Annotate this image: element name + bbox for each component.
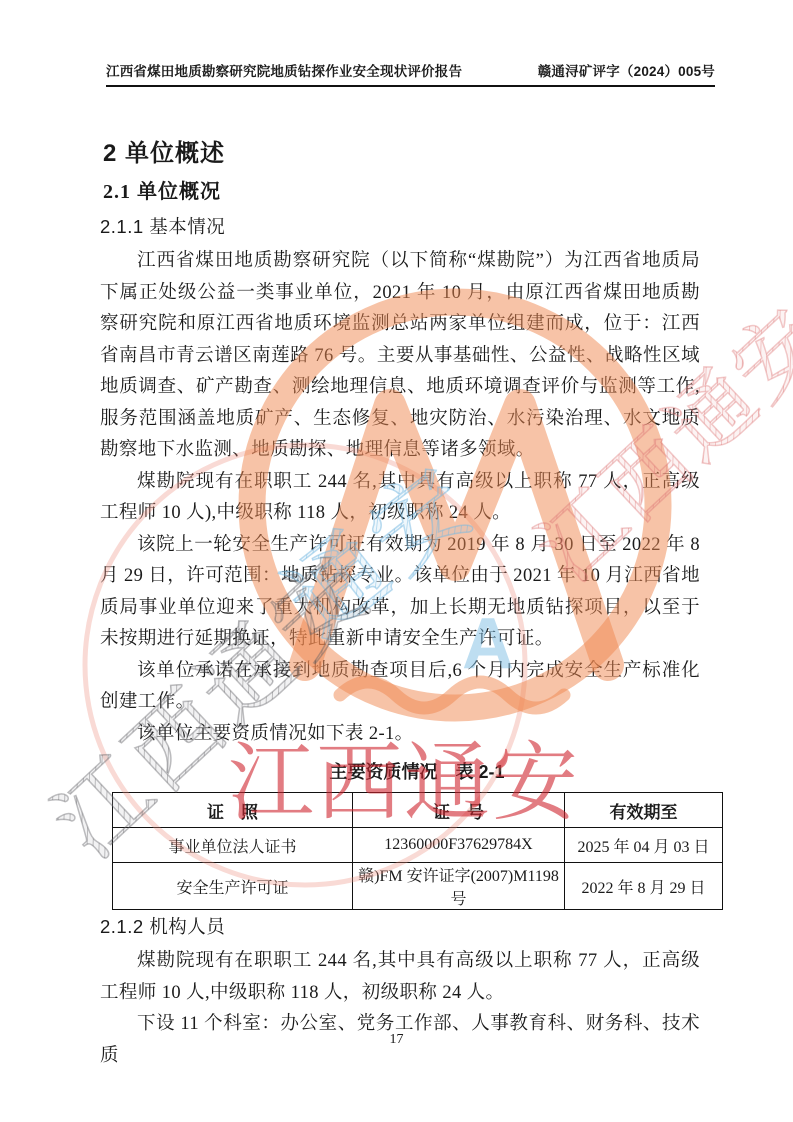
subsubsection-title-basic: 2.1.1 基本情况 xyxy=(100,216,700,238)
page-number: 17 xyxy=(0,1032,793,1048)
table-caption: 主要资质情况 表 2-1 xyxy=(112,760,722,784)
page-content: 2 单位概述 2.1 单位概况 2.1.1 基本情况 江西省煤田地质勘察研究院（… xyxy=(100,140,700,1072)
cell-validity-date: 2025 年 04 月 03 日 xyxy=(565,828,723,863)
section-title: 2 单位概述 xyxy=(103,140,700,168)
paragraph: 江西省煤田地质勘察研究院（以下简称“煤勘院”）为江西省地质局下属正处级公益一类事… xyxy=(100,246,700,467)
column-header-number: 证 号 xyxy=(353,793,565,828)
cell-validity-date: 2022 年 8 月 29 日 xyxy=(565,863,723,910)
paragraph: 该院上一轮安全生产许可证有效期为 2019 年 8 月 30 日至 2022 年… xyxy=(100,530,700,656)
column-header-certificate: 证 照 xyxy=(113,793,353,828)
subsubsection-title-org: 2.1.2 机构人员 xyxy=(100,916,700,938)
cell-certificate-name: 事业单位法人证书 xyxy=(113,828,353,863)
header-report-title: 江西省煤田地质勘察研究院地质钻探作业安全现状评价报告 xyxy=(106,60,462,80)
page-header: 江西省煤田地质勘察研究院地质钻探作业安全现状评价报告 赣通浔矿评字（2024）0… xyxy=(106,60,715,87)
cell-certificate-number: 12360000F37629784X xyxy=(353,828,565,863)
column-header-validity: 有效期至 xyxy=(565,793,723,828)
qualification-table: 证 照 证 号 有效期至 事业单位法人证书 12360000F37629784X… xyxy=(112,792,723,910)
report-page: 江西省煤田地质勘察研究院地质钻探作业安全现状评价报告 赣通浔矿评字（2024）0… xyxy=(0,0,793,1122)
table-row: 事业单位法人证书 12360000F37629784X 2025 年 04 月 … xyxy=(113,828,723,863)
cell-certificate-name: 安全生产许可证 xyxy=(113,863,353,910)
paragraph: 煤勘院现有在职职工 244 名,其中具有高级以上职称 77 人，正高级工程师 1… xyxy=(100,946,700,1009)
subsection-title: 2.1 单位概况 xyxy=(103,180,700,204)
paragraph: 该单位主要资质情况如下表 2-1。 xyxy=(100,719,700,751)
paragraph: 煤勘院现有在职职工 244 名,其中具有高级以上职称 77 人，正高级工程师 1… xyxy=(100,467,700,530)
table-header-row: 证 照 证 号 有效期至 xyxy=(113,793,723,828)
paragraph: 该单位承诺在承接到地质勘查项目后,6 个月内完成安全生产标准化创建工作。 xyxy=(100,656,700,719)
cell-certificate-number: 赣)FM 安许证字(2007)M1198 号 xyxy=(353,863,565,910)
table-row: 安全生产许可证 赣)FM 安许证字(2007)M1198 号 2022 年 8 … xyxy=(113,863,723,910)
header-document-number: 赣通浔矿评字（2024）005号 xyxy=(538,60,715,80)
